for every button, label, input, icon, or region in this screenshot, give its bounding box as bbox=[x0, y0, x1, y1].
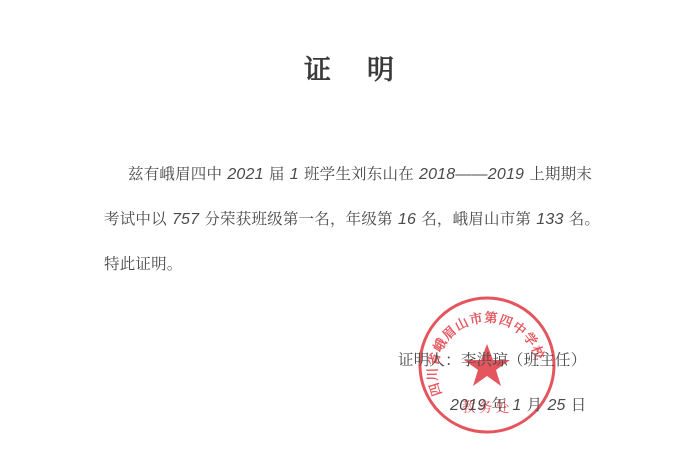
text: 班学生刘东山在 bbox=[299, 165, 419, 183]
date-line: 2019 年 1 月 25 日 bbox=[450, 393, 586, 415]
text: 月 bbox=[521, 396, 547, 414]
signer-name: 李洪琼 bbox=[461, 351, 508, 369]
graduation-year: 2021 bbox=[227, 166, 263, 183]
title-char: 明 bbox=[367, 48, 396, 87]
date-year: 2019 bbox=[450, 397, 486, 414]
text: 名，峨眉山市第 bbox=[416, 210, 536, 228]
body-line-1: 兹有峨眉四中 2021 届 1 班学生刘东山在 2018——2019 上期期末 bbox=[128, 162, 592, 184]
city-rank: 133 bbox=[536, 211, 563, 228]
date-day: 25 bbox=[547, 397, 565, 414]
text: 考试中以 bbox=[104, 210, 172, 228]
text: 兹有峨眉四中 bbox=[128, 165, 227, 183]
text: 届 bbox=[264, 165, 290, 183]
exam-score: 757 bbox=[172, 211, 199, 228]
text: 分荣获班级第一名，年级第 bbox=[199, 210, 398, 228]
body-line-2: 考试中以 757 分荣获班级第一名，年级第 16 名，峨眉山市第 133 名。 bbox=[104, 207, 600, 229]
signature-line: 证明人：李洪琼（班主任） bbox=[398, 348, 586, 370]
text: 日 bbox=[566, 396, 587, 414]
body-line-3: 特此证明。 bbox=[104, 252, 183, 274]
class-number: 1 bbox=[290, 166, 299, 183]
document-title: 证明 bbox=[0, 48, 700, 87]
title-char: 证 bbox=[304, 48, 333, 87]
text: 上期期末 bbox=[524, 165, 592, 183]
text: 名。 bbox=[564, 210, 601, 228]
grade-rank: 16 bbox=[398, 211, 416, 228]
signer-role: （班主任） bbox=[508, 351, 587, 369]
signature-label: 证明人： bbox=[398, 351, 461, 369]
school-period: 2018——2019 bbox=[419, 166, 524, 183]
text: 年 bbox=[486, 396, 512, 414]
